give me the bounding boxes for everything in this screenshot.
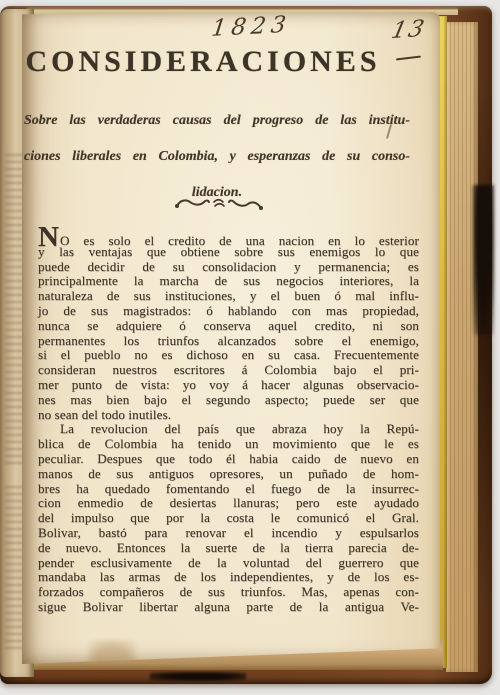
leather-scuff xyxy=(150,672,246,681)
handwritten-year: 1823 xyxy=(210,10,324,42)
page-title: CONSIDERACIONES xyxy=(22,45,384,79)
subtitle-line: ciones liberales en Colombia, y esperanz… xyxy=(24,139,410,175)
text-line: jo de sus magistrados: ó hablando con ma… xyxy=(38,304,419,319)
main-page: 1823 13 CONSIDERACIONES Sobre las verdad… xyxy=(22,12,440,664)
subtitle-line: Sobre las verdaderas causas del progreso… xyxy=(24,103,410,139)
text-line: forzados compañeros de sus triunfos. Mas… xyxy=(38,585,419,600)
text-line: de nuevo. Entonces la suerte de la tierr… xyxy=(38,541,419,556)
text-line: naturaleza de sus instituciones, y el bu… xyxy=(38,289,419,304)
handwritten-page-number: 13 xyxy=(389,16,428,44)
text-line: y las ventajas que obtiene sobre sus ene… xyxy=(38,245,419,260)
text-line: peculiar. Despues que todo él habia caid… xyxy=(38,452,419,467)
text-line: manos de sus antiguos opresores, un puña… xyxy=(38,467,419,482)
text-line: del impulso que por la costa le comunicó… xyxy=(38,511,419,526)
text-line: principalmente la marcha de sus negocios… xyxy=(38,274,419,289)
text-line: puede decidir de su consolidacion y perm… xyxy=(38,260,419,275)
text-line: pender esclusivamente de la voluntad del… xyxy=(38,556,419,571)
text-line: bres ha quedado fomentando el fuego de l… xyxy=(38,482,419,497)
text-line: mandaba las armas de los independientes,… xyxy=(38,570,419,585)
text-line: sigue Bolivar libertar alguna parte de l… xyxy=(38,600,419,615)
text-line: nes mas bien bajo el segundo aspecto; pu… xyxy=(38,393,419,408)
text-line: Bolivar, bastó para renovar el incendio … xyxy=(38,526,419,541)
text-line: permanentes los triunfos alcanzados sobr… xyxy=(38,334,419,349)
text-line: no sean del todo inutiles. xyxy=(38,408,419,423)
text-line: blica de Colombia ha tenido un movimient… xyxy=(38,437,419,452)
text-line: cion enmedio de desiertas llanuras; pero… xyxy=(38,496,419,511)
text-line: NO es solo el credito de una nacion en l… xyxy=(38,230,419,245)
photo-background: 1823 13 CONSIDERACIONES Sobre las verdad… xyxy=(0,0,500,695)
text-line: consideran nuestros escritores á Colombi… xyxy=(38,363,419,378)
text-line: si el pueblo no es dichoso en su casa. F… xyxy=(38,348,419,363)
body-text: NO es solo el credito de una nacion en l… xyxy=(38,230,419,615)
text-line: nunca se adquiere ó conserva aquel credi… xyxy=(38,319,419,334)
leather-stain xyxy=(473,185,494,335)
fore-edge-page-block xyxy=(446,22,478,672)
subtitle: Sobre las verdaderas causas del progreso… xyxy=(24,103,410,211)
text-line: mer punto de vista: yo voy á hacer algun… xyxy=(38,378,419,393)
text-line: La revolucion del país que abraza hoy la… xyxy=(38,422,419,437)
page-number-underline xyxy=(396,55,421,60)
ornament-divider-icon xyxy=(174,196,264,212)
